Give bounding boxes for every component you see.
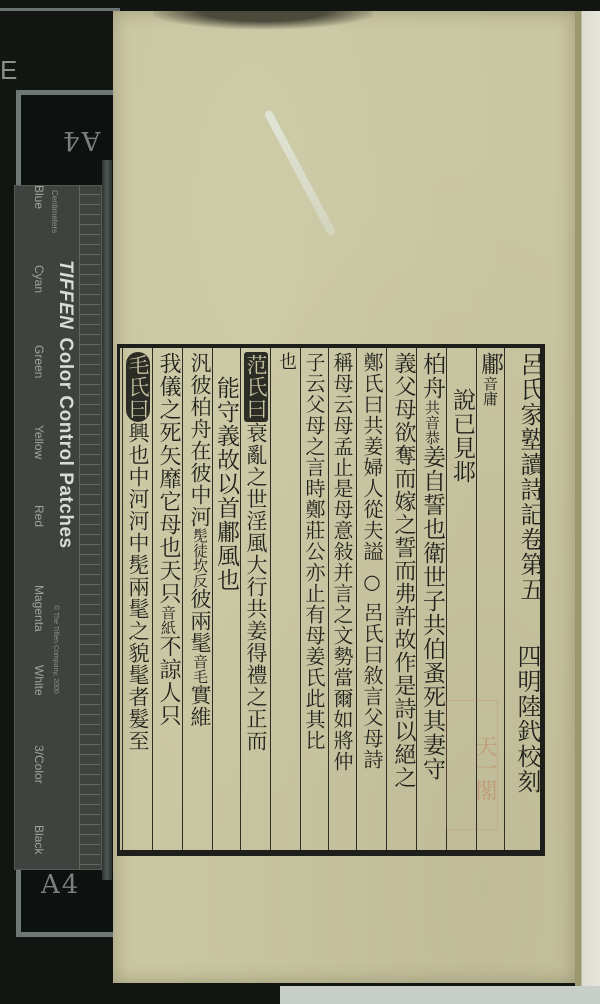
strip-title: Color Control Patches (55, 338, 76, 549)
page-crease-mark (263, 109, 336, 236)
patch-label: 3/Color (32, 745, 46, 825)
ruler-unit-label: Centimeters (50, 190, 59, 233)
column-text: 說已見邶 (449, 388, 475, 484)
column-text: 姜自誓也衛世子共伯蚤死其妻守 (419, 445, 445, 781)
patch-label: Black (32, 825, 46, 905)
column-text: 興也中河河中髧兩髦之貌髦者髮至 (126, 422, 150, 752)
commentary-text: 子云父母之言時鄭莊公亦止有母姜氏此其比 (302, 352, 326, 751)
centimeter-ruler (79, 185, 100, 870)
commentary-text: 也 (276, 352, 297, 371)
commentary-column: 鄭氏曰共姜婦人從夫謚 ○ 呂氏曰敘言父母詩 (356, 348, 386, 850)
text-column: 義父母欲奪而嫁之誓而弗許故作是詩以絕之 (386, 348, 416, 850)
patch-label: Green (32, 345, 46, 425)
column-text: 能守義故以首鄘風也 (213, 376, 239, 592)
frame-letter: E (0, 55, 17, 86)
commentator-label: 范氏曰 (244, 352, 268, 422)
patch-label: Red (32, 505, 46, 585)
commentary-text: 稱母云母孟止是母意敍并言之文勢當爾如將仲 (330, 352, 354, 772)
tiffen-logo: TIFFEN (55, 260, 76, 330)
book-spine-edge (102, 160, 112, 880)
poem-text: 彼兩髦 (188, 588, 212, 654)
commentary-column: 子云父母之言時鄭莊公亦止有母姜氏此其比 (300, 348, 328, 850)
commentary-column: 稱母云母孟止是母意敍并言之文勢當爾如將仲 (328, 348, 356, 850)
patch-label: White (32, 665, 46, 745)
poem-text: 不諒人只 (156, 635, 181, 727)
poem-text: 我儀之死矢靡它母也天只 (156, 352, 181, 605)
text-column: 柏舟共音恭姜自誓也衛世子共伯蚤死其妻守 (416, 348, 446, 850)
poem-column: 汎彼柏舟在彼中河髧徒坎反彼兩髦音毛實維 (182, 348, 212, 850)
pronunciation-note: 音毛 (191, 654, 209, 684)
poem-text: 汎彼柏舟在彼中河 (188, 352, 212, 528)
next-page-edge (575, 11, 600, 986)
column-annotation: 共音恭 (423, 400, 441, 445)
strip-copyright: © The Tiffen Company, 2000 (52, 605, 59, 694)
column-text: 衰亂之世淫風大行共姜得禮之正而 (244, 422, 268, 752)
patch-label: Blue (32, 185, 46, 265)
patch-labels: Blue Cyan Green Yellow Red Magenta White… (32, 185, 46, 905)
scanner-bed (280, 986, 600, 1004)
column-text: 柏舟 (419, 352, 445, 400)
patch-label: Magenta (32, 585, 46, 665)
pronunciation-note: 音紙 (159, 605, 177, 635)
editor-credit: 四明陸釴校刻 (502, 640, 542, 855)
color-control-strip: Centimeters TIFFENColor Control Patches … (14, 185, 102, 870)
poem-column: 我儀之死矢靡它母也天只音紙不諒人只 (152, 348, 182, 850)
poem-text: 實維 (188, 684, 212, 728)
column-text: 義父母欲奪而嫁之誓而弗許故作是詩以絕之 (391, 352, 416, 789)
patch-label: Yellow (32, 425, 46, 505)
column-annotation: 音庸 (481, 376, 499, 406)
a4-label-bottom: A4 (41, 870, 80, 900)
text-column: 范氏曰衰亂之世淫風大行共姜得禮之正而 (240, 348, 270, 850)
page-damage-stain (153, 11, 373, 29)
tiffen-title: TIFFENColor Control Patches (54, 260, 76, 549)
backdrop-frame-line (0, 8, 120, 12)
patch-label: Cyan (32, 265, 46, 345)
commentator-label: 毛氏曰 (126, 352, 150, 422)
seal-text: 天一閣 (472, 735, 497, 801)
editor-credit-text: 四明陸釴校刻 (513, 644, 541, 794)
text-column: 能守義故以首鄘風也 (212, 348, 240, 850)
text-column: 毛氏曰興也中河河中髧兩髦之貌髦者髮至 (122, 348, 152, 850)
collector-seal: 天一閣 (446, 700, 498, 830)
commentary-column: 也 (270, 348, 300, 850)
a4-label-top: A4 (61, 125, 100, 155)
pronunciation-note: 髧徒坎反 (191, 528, 209, 588)
commentary-text: 鄭氏曰共姜婦人從夫謚 ○ 呂氏曰敘言父母詩 (360, 352, 384, 770)
column-text: 鄘 (477, 352, 503, 376)
